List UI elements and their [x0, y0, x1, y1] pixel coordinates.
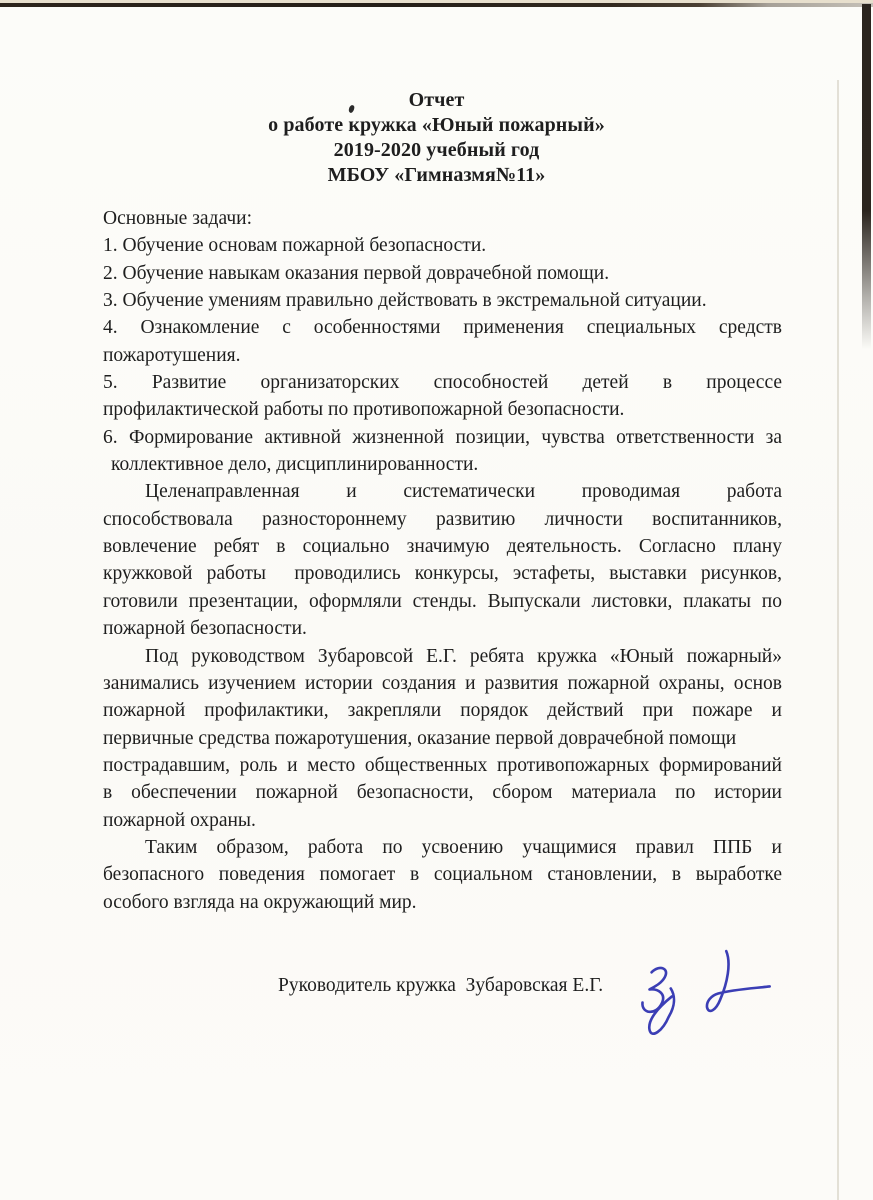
text-line: 6. Формирование активной жизненной позиц… — [103, 424, 782, 451]
handwritten-signature-icon — [622, 938, 774, 1044]
title-line: Отчет — [0, 88, 873, 113]
text-line: Под руководством Зубаровсой Е.Г. ребята … — [103, 643, 782, 670]
text-line: в обеспечении пожарной безопасности, сбо… — [103, 779, 782, 806]
text-line: вовлечение ребят в социально значимую де… — [103, 533, 782, 560]
text-line: 2. Обучение навыкам оказания первой довр… — [103, 260, 782, 287]
scanned-document-page: Отчето работе кружка «Юный пожарный»2019… — [0, 0, 873, 1200]
text-line: 1. Обучение основам пожарной безопасност… — [103, 232, 782, 259]
text-line: 4. Ознакомление с особенностями применен… — [103, 314, 782, 341]
text-line: Основные задачи: — [103, 205, 782, 232]
text-line: первичные средства пожаротушения, оказан… — [103, 725, 782, 752]
text-line: занимались изучением истории создания и … — [103, 670, 782, 697]
text-line: способствовала разностороннему развитию … — [103, 506, 782, 533]
text-line: пожарной профилактики, закрепляли порядо… — [103, 697, 782, 724]
text-line: Таким образом, работа по усвоению учащим… — [103, 834, 782, 861]
text-line: 3. Обучение умениям правильно действоват… — [103, 287, 782, 314]
text-line: профилактической работы по противопожарн… — [103, 396, 782, 423]
document-title: Отчето работе кружка «Юный пожарный»2019… — [0, 88, 873, 188]
scan-streak — [837, 80, 839, 1200]
text-line: пожарной охраны. — [103, 807, 782, 834]
text-line: коллективное дело, дисциплинированности. — [103, 451, 782, 478]
text-line: особого взгляда на окружающий мир. — [103, 889, 782, 916]
text-line: кружковой работы проводились конкурсы, э… — [103, 560, 782, 587]
document-body: Основные задачи:1. Обучение основам пожа… — [103, 205, 782, 916]
text-line: 5. Развитие организаторских способностей… — [103, 369, 782, 396]
text-line: пострадавшим, роль и место общественных … — [103, 752, 782, 779]
title-line: 2019-2020 учебный год — [0, 138, 873, 163]
text-line: готовили презентации, оформляли стенды. … — [103, 588, 782, 615]
signature-caption: Руководитель кружка Зубаровская Е.Г. — [278, 972, 603, 999]
text-line: Целенаправленная и систематически провод… — [103, 478, 782, 505]
scan-edge-top-line — [0, 3, 873, 7]
text-line: пожарной безопасности. — [103, 615, 782, 642]
title-line: о работе кружка «Юный пожарный» — [0, 113, 873, 138]
text-line: пожаротушения. — [103, 342, 782, 369]
text-line: безопасного поведения помогает в социаль… — [103, 861, 782, 888]
title-line: МБОУ «Гимназмя№11» — [0, 163, 873, 188]
